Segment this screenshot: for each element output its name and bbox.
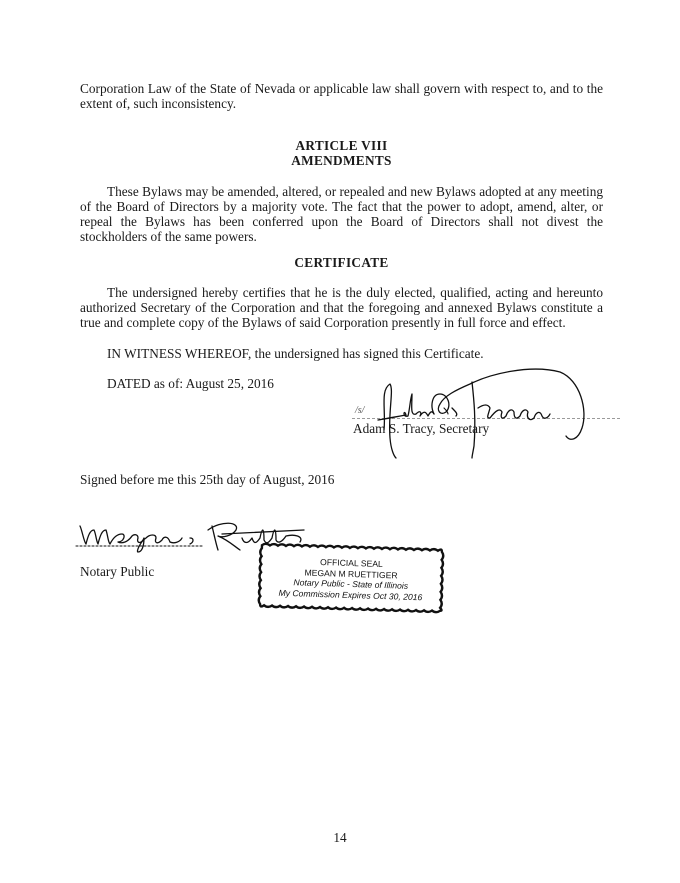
article-number-heading: ARTICLE VIII — [80, 138, 603, 153]
page-number: 14 — [0, 830, 680, 845]
notary-public-label: Notary Public — [80, 564, 154, 579]
signer-name-title: Adam S. Tracy, Secretary — [353, 421, 489, 436]
certificate-heading: CERTIFICATE — [80, 255, 603, 270]
certificate-paragraph: The undersigned hereby certifies that he… — [80, 285, 603, 330]
notary-seal-stamp: OFFICIAL SEAL MEGAN M RUETTIGER Notary P… — [257, 542, 445, 614]
continuation-paragraph: Corporation Law of the State of Nevada o… — [80, 81, 603, 111]
secretary-signature-image — [360, 360, 610, 460]
amendments-paragraph: These Bylaws may be amended, altered, or… — [80, 184, 603, 244]
document-page: Corporation Law of the State of Nevada o… — [0, 0, 680, 883]
signed-before-statement: Signed before me this 25th day of August… — [80, 472, 334, 487]
article-title-heading: AMENDMENTS — [80, 153, 603, 168]
dated-line: DATED as of: August 25, 2016 — [107, 376, 274, 391]
witness-statement: IN WITNESS WHEREOF, the undersigned has … — [107, 346, 484, 361]
